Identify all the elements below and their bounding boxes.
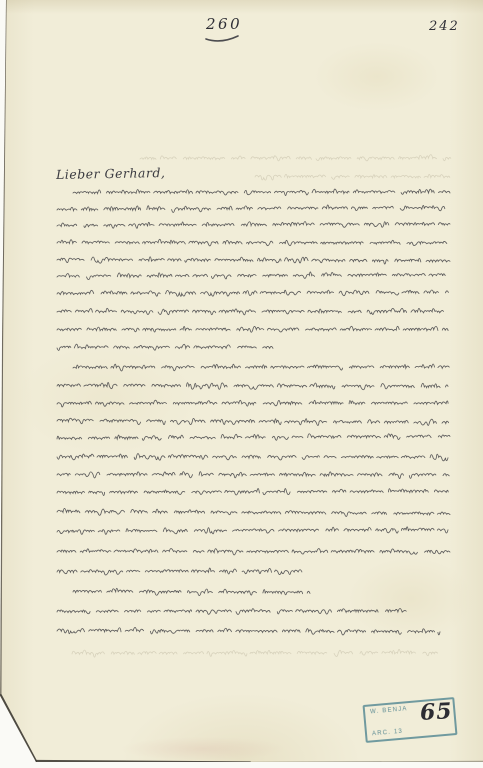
page-number-top-center: 260 — [206, 15, 242, 33]
handwriting-body — [0, 0, 483, 768]
stamp-text-line2: ARC. 13 — [372, 729, 403, 738]
scan-background: { "document_type": "handwritten letter (… — [0, 0, 483, 768]
stamp-text-line1: W. BENJA — [370, 706, 408, 715]
letter-page: 260 242 Lieber Gerhard, W. BENJA ARC. 13… — [0, 0, 483, 768]
page-number-bottom-right: 65 — [419, 698, 453, 726]
page-number-top-right: 242 — [429, 19, 460, 34]
salutation-text: Lieber Gerhard, — [56, 165, 166, 182]
